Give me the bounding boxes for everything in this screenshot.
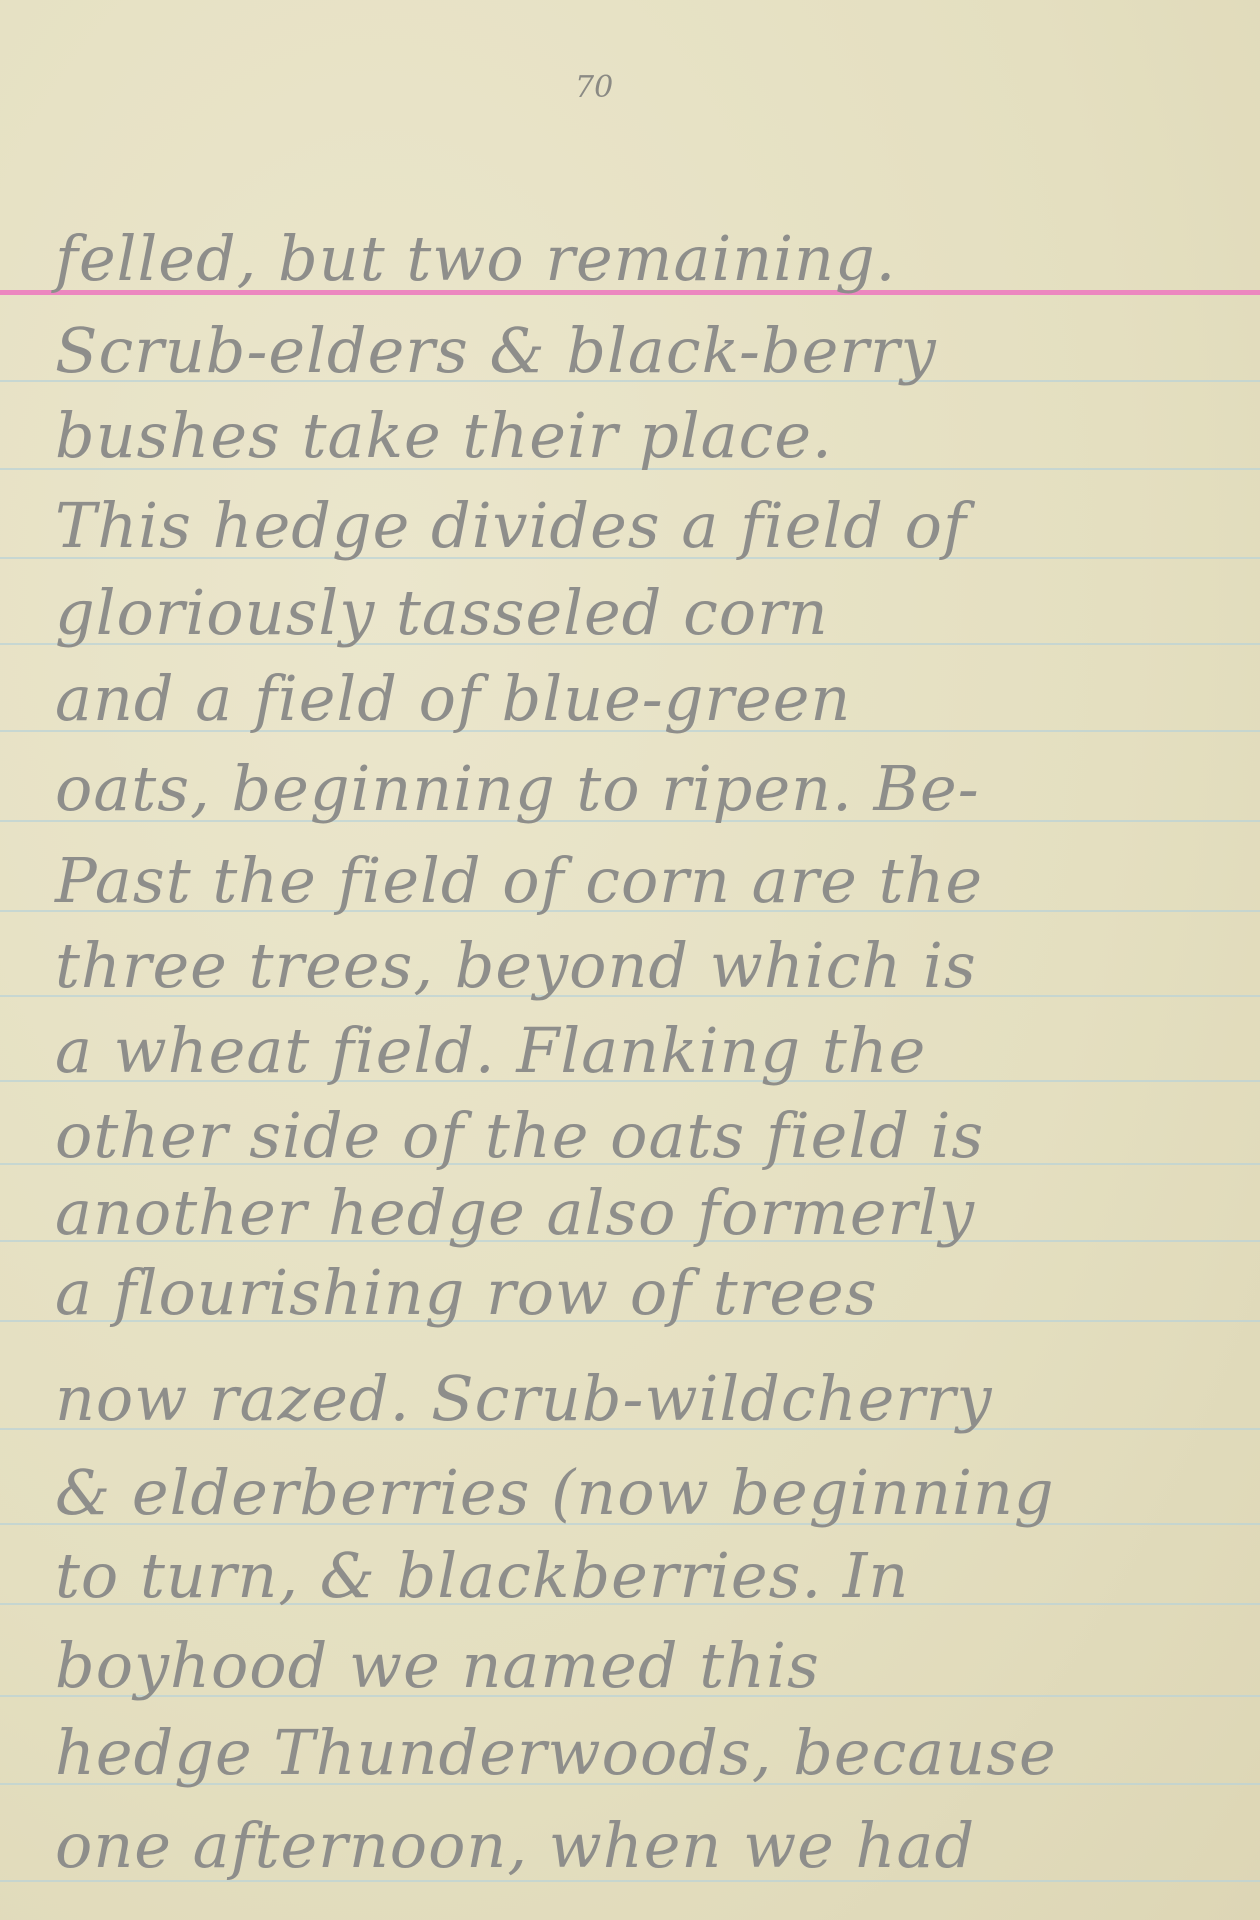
text-line: a flourishing row of trees <box>55 1262 1255 1324</box>
text-line: oats, beginning to ripen. Be- <box>55 758 1255 820</box>
text-line: to turn, & blackberries. In <box>55 1545 1255 1607</box>
text-line: another hedge also formerly <box>55 1182 1255 1244</box>
text-line: other side of the oats field is <box>55 1105 1255 1167</box>
text-line: hedge Thunderwoods, because <box>55 1722 1255 1784</box>
text-line: & elderberries (now beginning <box>55 1462 1255 1524</box>
text-line: This hedge divides a field of <box>55 495 1255 557</box>
text-line: and a field of blue-green <box>55 668 1255 730</box>
text-line: three trees, beyond which is <box>55 935 1255 997</box>
text-line: a wheat field. Flanking the <box>55 1020 1255 1082</box>
text-line: felled, but two remaining. <box>55 228 1255 290</box>
text-line: Past the field of corn are the <box>55 850 1255 912</box>
text-line: now razed. Scrub-wildcherry <box>55 1368 1255 1430</box>
text-line: Scrub-elders & black-berry <box>55 320 1255 382</box>
page-number: 70 <box>575 70 613 105</box>
text-line: bushes take their place. <box>55 405 1255 467</box>
text-line: gloriously tasseled corn <box>55 582 1255 644</box>
notebook-page: 70 felled, but two remaining. Scrub-elde… <box>0 0 1260 1920</box>
text-line: boyhood we named this <box>55 1635 1255 1697</box>
text-line: one afternoon, when we had <box>55 1815 1255 1877</box>
